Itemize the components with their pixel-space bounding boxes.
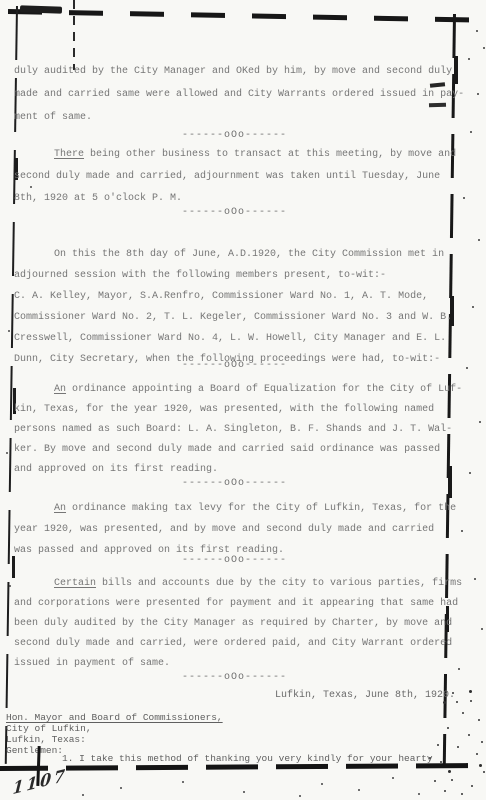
text-line: been duly audited by the City Manager as… — [14, 614, 455, 634]
text-line: Commissioner Ward No. 2, T. L. Kegeler, … — [14, 307, 455, 328]
text-run: bills and accounts due by the city to va… — [96, 578, 462, 589]
text-line: second duly made and carried, adjournmen… — [14, 166, 455, 188]
text-line: kin, Texas, for the year 1920, was prese… — [14, 400, 455, 420]
paragraph-tax-levy-ordinance: An ordinance making tax levy for the Cit… — [14, 498, 455, 561]
page-sheet: duly audited by the City Manager and OKe… — [0, 0, 486, 800]
paragraph-adjourned-session: On this the 8th day of June, A.D.1920, t… — [14, 244, 455, 370]
text-line: There being other business to transact a… — [14, 144, 455, 166]
lead-word: An — [54, 384, 66, 395]
address-line: Lufkin, Texas: — [6, 734, 223, 745]
address-line: City of Lufkin, — [6, 723, 223, 734]
paragraph-adjournment: There being other business to transact a… — [14, 144, 455, 210]
separator: ------oOo------ — [14, 130, 455, 141]
paragraph-bills-accounts: Certain bills and accounts due by the ci… — [14, 574, 455, 674]
text-line: adjourned session with the following mem… — [14, 265, 455, 286]
text-line: issued in payment of same. — [14, 654, 455, 674]
text-run: ordinance appointing a Board of Equaliza… — [66, 384, 462, 395]
text-line: On this the 8th day of June, A.D.1920, t… — [14, 244, 455, 265]
text-line: ment of same. — [14, 106, 455, 129]
text-line: ker. By move and second duly made and ca… — [14, 440, 455, 460]
text-line: made and carried same were allowed and C… — [14, 83, 455, 106]
text-run: ordinance making tax levy for the City o… — [66, 503, 456, 514]
text-line: An ordinance making tax levy for the Cit… — [14, 498, 455, 519]
separator: ------oOo------ — [14, 672, 455, 683]
dateline: Lufkin, Texas, June 8th, 1920. — [275, 690, 455, 701]
separator: ------oOo------ — [14, 207, 455, 218]
separator: ------oOo------ — [14, 360, 455, 371]
separator: ------oOo------ — [14, 555, 455, 566]
lead-word: Certain — [54, 578, 96, 589]
lead-word: There — [54, 149, 84, 160]
scan-speckles-large — [0, 0, 3, 3]
text-line: Certain bills and accounts due by the ci… — [14, 574, 455, 594]
text-run: being other business to transact at this… — [84, 149, 456, 160]
paragraph-board-of-equalization: An ordinance appointing a Board of Equal… — [14, 380, 455, 480]
text-line: second duly made and carried, were order… — [14, 634, 455, 654]
lead-word: An — [54, 503, 66, 514]
address-line: Hon. Mayor and Board of Commissioners, — [6, 712, 223, 723]
separator: ------oOo------ — [14, 478, 455, 489]
text-line: persons named as such Board: L. A. Singl… — [14, 420, 455, 440]
letter-body-line: 1. I take this method of thanking you ve… — [14, 753, 433, 764]
paragraph-warrants: duly audited by the City Manager and OKe… — [14, 60, 455, 129]
typewritten-text: duly audited by the City Manager and OKe… — [14, 0, 455, 800]
text-line: duly audited by the City Manager and OKe… — [14, 60, 455, 83]
text-line: and approved on its first reading. — [14, 460, 455, 480]
text-line: year 1920, was presented, and by move an… — [14, 519, 455, 540]
text-line: Cresswell, Commissioner Ward No. 4, L. W… — [14, 328, 455, 349]
text-line: C. A. Kelley, Mayor, S.A.Renfro, Commiss… — [14, 286, 455, 307]
text-line: and corporations were presented for paym… — [14, 594, 455, 614]
text-line: An ordinance appointing a Board of Equal… — [14, 380, 455, 400]
